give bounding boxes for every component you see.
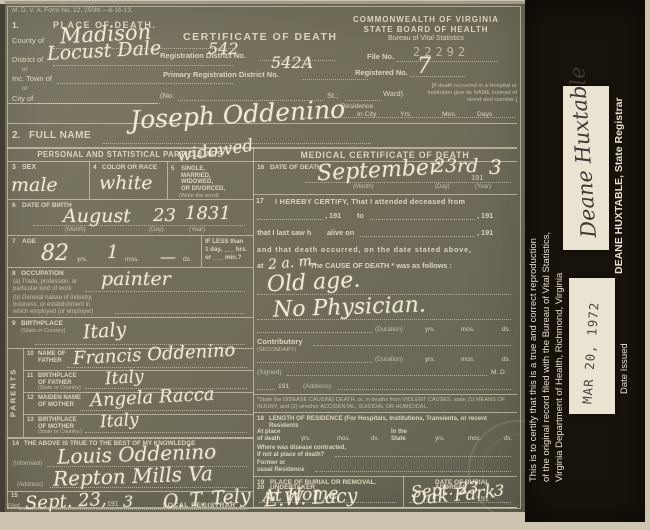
age-number: 7 — [12, 238, 16, 246]
mother-bp-blank — [85, 432, 247, 433]
dob-year-sublabel: (Year) — [189, 227, 205, 234]
certify-y2: , 191 — [477, 212, 493, 221]
birthplace-label: BIRTHPLACE — [21, 320, 63, 328]
duration1-label: (Duration) — [375, 326, 403, 333]
local-registrar-label: LOCAL REGISTRAR — [163, 502, 236, 510]
residence18-label: LENGTH OF RESIDENCE (For Hospitals, Inst… — [269, 415, 487, 430]
residence18-at-place: At place of death — [257, 429, 280, 443]
registration-district-value: 542 — [208, 41, 239, 57]
age-yrs-label: yrs. — [77, 256, 87, 264]
occupation-b-blank — [115, 313, 245, 314]
or-label-2: or — [22, 85, 28, 93]
row18-top-rule — [253, 412, 517, 413]
district-blank-line — [53, 65, 233, 66]
age-ds-label: ds. — [183, 256, 192, 264]
dod-year-sublabel: (Year) — [475, 184, 491, 191]
primary-registration-label: Primary Registration District No. — [163, 71, 279, 80]
full-name-label: FULL NAME — [29, 130, 91, 142]
dob-day-value: 23 — [153, 207, 176, 225]
addr-year: 191 — [278, 383, 289, 391]
informant-number: 14 — [12, 440, 19, 447]
signed-label: (Signed) — [257, 369, 282, 377]
race-label: COLOR OR RACE — [102, 164, 157, 172]
occupation-handwritten-value: painter — [101, 270, 171, 289]
row6-top-rule — [7, 199, 253, 200]
residence-label: Residence — [341, 103, 373, 111]
duration1-ds: ds. — [502, 326, 510, 333]
informant-address-handwritten-value: Repton Mills Va — [53, 463, 213, 489]
residence18-where-blank — [335, 456, 511, 457]
signed-md-label: M. D. — [491, 369, 507, 377]
primary-blank-line — [303, 79, 368, 80]
date-issued-box: MAR 20, 1972 — [569, 278, 615, 414]
footnote: *State the DISEASE CAUSING DEATH, or, in… — [257, 397, 513, 411]
section-1-number: 1. — [12, 20, 19, 30]
occupation-a-label: (a) Trade, profession, or particular kin… — [13, 279, 77, 293]
hospital-note: [If death occurred in a Hospital or Inst… — [425, 83, 517, 104]
residence18-number: 18 — [257, 415, 264, 422]
father-bp-handwritten-value: Italy — [104, 369, 144, 389]
form-number-line: M. D. V. A. Form No. 12, 250M.—6-16-13. — [12, 7, 133, 15]
dob-day-sublabel: (Day) — [149, 227, 164, 234]
addr-blank-1 — [257, 389, 275, 390]
dob-blank — [33, 225, 245, 226]
age-label: AGE — [22, 238, 36, 246]
certify-text-line3: Virginia Department of Health, Richmond,… — [554, 273, 565, 482]
registrar-signature: Deane Huxtable — [565, 66, 601, 239]
mother-number: 12 — [27, 395, 34, 402]
dod-year-script: 3 — [489, 157, 502, 177]
certify-line2a: that I last saw h — [257, 229, 311, 238]
parents-vertical-label: PARENTS — [10, 357, 19, 427]
age-years-value: 82 — [41, 243, 69, 265]
street-blank-2 — [345, 100, 380, 101]
age-mos-label: mos. — [125, 256, 139, 264]
mother-bp-handwritten-value: Italy — [99, 412, 139, 432]
certify-at: at — [257, 262, 264, 271]
birthplace-handwritten-value: Italy — [82, 321, 127, 343]
mother-blank — [80, 410, 247, 411]
occupation-a-blank — [85, 291, 245, 292]
registered-no-value: 7 — [417, 56, 431, 78]
certify-blank-2 — [370, 219, 475, 220]
residence18-ds: ds. — [371, 436, 379, 443]
dob-year-value: 1831 — [185, 205, 231, 223]
duration1-mos: mos. — [461, 326, 475, 333]
certify-number: 17 — [256, 198, 264, 206]
certify-blank-1 — [257, 219, 323, 220]
duration2-mos: mos. — [461, 356, 475, 363]
duration1-yrs: yrs. — [425, 326, 435, 333]
certify-line3: and that death occurred, on the date sta… — [257, 246, 472, 255]
birthplace-sublabel: (State or Country) — [21, 328, 65, 335]
age-months-value: 1 — [107, 244, 118, 262]
columns-top-rule — [7, 147, 517, 149]
duration2-blank — [257, 362, 372, 363]
father-bp-number: 11 — [27, 373, 33, 380]
file-no-label: File No. — [367, 53, 394, 62]
certification-rotated-block: This is to certify that this is a true a… — [525, 0, 645, 522]
burial-divider — [403, 476, 404, 507]
race-handwritten-value: white — [99, 174, 152, 193]
duration2-yrs: yrs. — [425, 356, 435, 363]
column-divider — [253, 147, 254, 507]
cause-handwritten-2: No Physician. — [273, 294, 427, 321]
residence18-mos2: mos. — [468, 436, 481, 443]
addr-label: (Address) — [303, 383, 331, 391]
row17-top-rule — [253, 194, 517, 195]
duration1-blank — [257, 332, 372, 333]
row14-top-rule — [7, 437, 253, 439]
residence18-where: Where was disease contracted, if not at … — [257, 445, 346, 459]
residence18-yrs2: yrs. — [435, 436, 445, 443]
sex-number: 3 — [12, 164, 16, 172]
primary-registration-value: 542A — [271, 55, 313, 71]
race-marital-divider — [167, 161, 168, 199]
residence18-ds2: ds. — [504, 436, 512, 443]
registered-blank — [410, 76, 465, 77]
county-label: County of — [12, 37, 44, 46]
father-blank — [67, 367, 247, 368]
mother-bp-sublabel: (State or Country.) — [38, 429, 82, 435]
age-if-less-label: IF LESS than 1 day, ___ hrs. or ___ min.… — [205, 238, 247, 261]
death-certificate-scan: { "colors":{ "certificate_bg":"#716f5d",… — [0, 0, 650, 530]
certify-text-line1: This is to certify that this is a true a… — [528, 238, 539, 482]
marital-number: 5 — [171, 166, 174, 173]
certify-line1: I HEREBY CERTIFY, That I attended deceas… — [275, 198, 465, 207]
header-rule — [7, 103, 157, 104]
sex-label: SEX — [22, 164, 36, 172]
certify-y1: , 191 — [325, 212, 341, 221]
residence18-yrs: yrs. — [301, 436, 311, 443]
certificate-of-death-title: CERTIFICATE OF DEATH — [183, 31, 323, 43]
mother-bp-number: 13 — [27, 417, 34, 424]
residence18-mos: mos. — [337, 436, 350, 443]
registrar-printed-name: DEANE HUXTABLE, State Registrar — [613, 97, 625, 274]
sex-race-divider — [89, 161, 90, 199]
father-label: NAME OF FATHER — [38, 351, 66, 365]
ward-label: Ward) — [383, 90, 403, 99]
footnote-top-rule — [253, 394, 517, 395]
date-issued-stamp: MAR 20, 1972 — [579, 301, 601, 404]
certify-y3: , 191 — [477, 229, 493, 238]
informant-label: (Informant) — [13, 461, 42, 468]
marital-label: SINGLE, MARRIED, WIDOWED, OR DIVORCED, — [181, 166, 225, 193]
cause-blank-2 — [257, 319, 511, 320]
file-no-blank — [397, 61, 497, 62]
dob-month-value: August — [63, 207, 131, 226]
undertaker-handwritten: E.W. Lacy — [264, 487, 358, 511]
father-bp-sublabel: (State or Country) — [38, 385, 81, 391]
signed-blank — [287, 375, 487, 376]
registrar-signature-box: Deane Huxtable — [563, 86, 609, 250]
occupation-label: OCCUPATION — [21, 270, 64, 278]
registered-no-label: Registered No. — [355, 69, 408, 78]
sex-handwritten-value: male — [11, 176, 58, 195]
certify-line2b: alive on — [327, 229, 354, 238]
residence18-former-blank — [315, 471, 511, 472]
row9-top-rule — [7, 317, 253, 318]
duration2-ds: ds. — [502, 356, 510, 363]
dod-number: 16 — [257, 164, 264, 172]
town-blank-line — [57, 83, 233, 84]
mother-label: MAIDEN NAME OF MOTHER — [38, 395, 81, 409]
residence18-in-state: In the State — [391, 429, 407, 443]
commonwealth-line: COMMONWEALTH OF VIRGINIA — [335, 15, 517, 24]
father-number: 10 — [27, 351, 34, 358]
bureau-line: Bureau of Vital Statistics — [335, 35, 517, 43]
section-2-number: 2. — [12, 130, 20, 142]
contributory-sublabel: (SECONDARY) — [257, 347, 296, 354]
dod-blank — [305, 182, 511, 183]
dob-month-sublabel: (Month) — [65, 227, 86, 234]
informant-address-label: (Address) — [17, 482, 43, 489]
birthplace-number: 9 — [12, 320, 16, 328]
dod-month-sublabel: (Month) — [353, 184, 374, 191]
cause-handwritten-1: Old age. — [266, 270, 360, 297]
dob-number: 6 — [12, 202, 16, 210]
contributory-label: Contributory — [257, 338, 302, 347]
addr-blank-2 — [338, 389, 511, 390]
occupation-number: 8 — [12, 270, 16, 278]
certify-to: to — [357, 212, 364, 221]
race-number: 4 — [93, 164, 97, 172]
certify-text-line2: of the original record filed with the Bu… — [541, 232, 552, 482]
filed-year-printed: 191 — [107, 501, 119, 509]
inc-town-label: Inc. Town of — [12, 75, 52, 84]
filed-number: 15 — [11, 493, 18, 500]
duration2-label: (Duration) — [375, 356, 403, 363]
date-issued-label: Date Issued — [619, 343, 630, 394]
dod-day-sublabel: (Day) — [435, 184, 450, 191]
certification-sidebar: This is to certify that this is a true a… — [525, 0, 645, 522]
contributory-blank — [313, 345, 511, 346]
occupation-b-label: (b) General nature of industry, business… — [13, 295, 93, 316]
row7-top-rule — [7, 235, 253, 236]
or-label-1: or — [22, 66, 28, 74]
certify-blank-3 — [360, 236, 475, 237]
district-label: District of — [12, 56, 43, 65]
personal-title-rule — [7, 161, 253, 162]
age-days-value: — — [160, 249, 176, 265]
state-board-line: STATE BOARD OF HEALTH — [335, 25, 517, 34]
residence18-former: Former or usual Residence — [257, 460, 304, 474]
age-subcell-divider — [201, 235, 202, 267]
certificate-page: M. D. V. A. Form No. 12, 250M.—6-16-13. … — [5, 4, 525, 512]
street-no-label: (No. — [160, 92, 174, 101]
dod-label: DATE OF DEATH — [270, 164, 322, 172]
